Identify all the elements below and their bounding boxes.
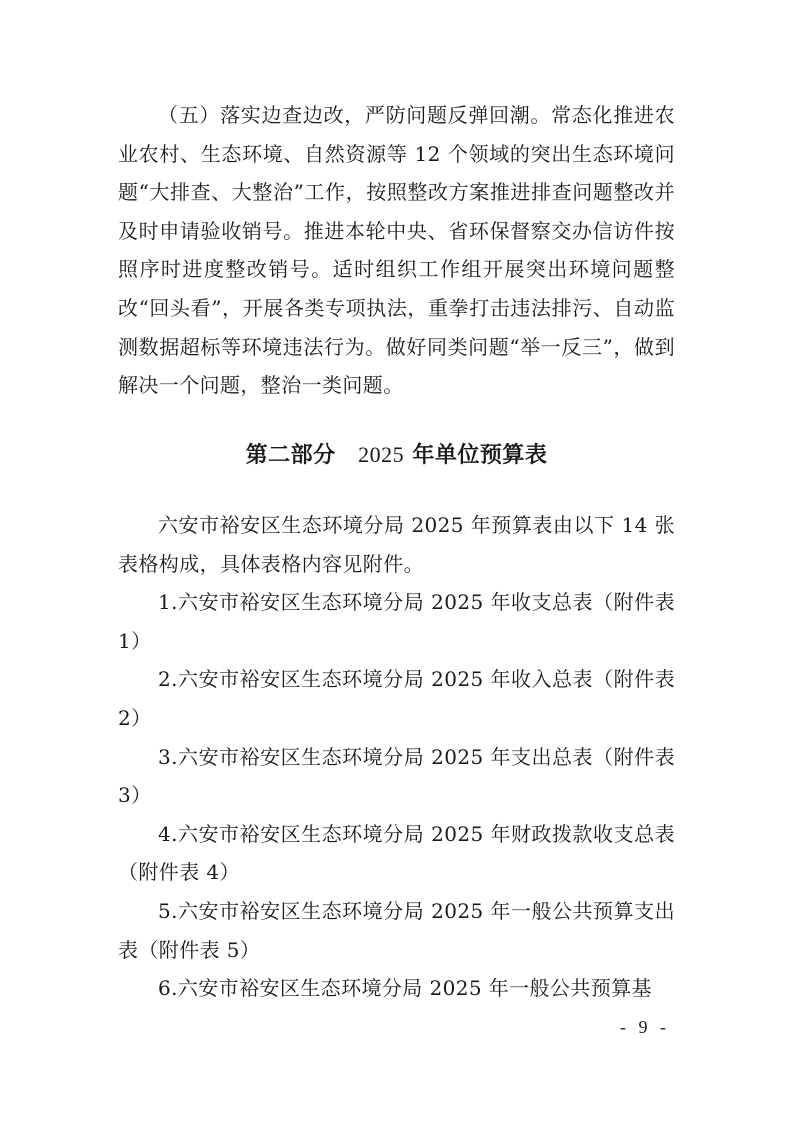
heading-suffix: 年单位预算表 [412,443,547,468]
part-two-body: 六安市裕安区生态环境分局 2025 年预算表由以下 14 张表格构成，具体表格内… [118,506,675,1008]
table-list-item: 6.六安市裕安区生态环境分局 2025 年一般公共预算基 [118,969,675,1008]
table-list-item: 2.六安市裕安区生态环境分局 2025 年收入总表（附件表 2） [118,660,675,737]
heading-prefix: 第二部分 [246,443,336,468]
table-list-item: 4.六安市裕安区生态环境分局 2025 年财政拨款收支总表（附件表 4） [118,815,675,892]
part-two-intro: 六安市裕安区生态环境分局 2025 年预算表由以下 14 张表格构成，具体表格内… [118,506,675,583]
page-number: - 9 - [620,1017,670,1038]
table-list-item: 3.六安市裕安区生态环境分局 2025 年支出总表（附件表 3） [118,738,675,815]
section-five: （五）落实边查边改，严防问题反弹回潮。常态化推进农业农村、生态环境、自然资源等 … [118,96,675,405]
part-two-heading: 第二部分 2025 年单位预算表 [0,438,793,469]
table-list-item: 1.六安市裕安区生态环境分局 2025 年收支总表（附件表 1） [118,583,675,660]
table-list-item: 5.六安市裕安区生态环境分局 2025 年一般公共预算支出表（附件表 5） [118,892,675,969]
heading-year: 2025 [358,442,404,467]
section-five-paragraph: （五）落实边查边改，严防问题反弹回潮。常态化推进农业农村、生态环境、自然资源等 … [118,96,675,405]
